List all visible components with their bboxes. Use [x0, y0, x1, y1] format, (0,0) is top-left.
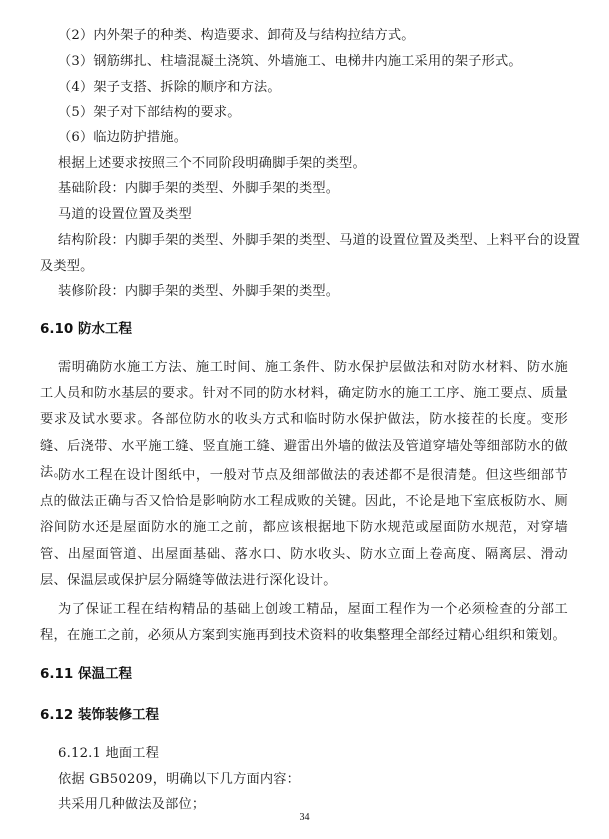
list-item-3: （3）钢筋绑扎、柱墙混凝土浇筑、外墙施工、电梯井内施工采用的架子形式。 — [58, 53, 588, 71]
ramp-line: 马道的设置位置及类型 — [58, 206, 588, 224]
section-heading-6-12: 6.12 装饰装修工程 — [40, 706, 159, 724]
section-heading-6-11: 6.11 保温工程 — [40, 665, 132, 683]
structure-stage-line1: 结构阶段：内脚手架的类型、外脚手架的类型、马道的设置位置及类型、上料平台的设置 — [58, 232, 588, 250]
waterproofing-paragraph-2: 防水工程在设计图纸中，一般对节点及细部做法的表述都不是很清楚。但这些细部节点的做… — [40, 463, 568, 594]
decoration-stage: 装修阶段：内脚手架的类型、外脚手架的类型。 — [58, 283, 588, 301]
waterproofing-paragraph-3: 为了保证工程在结构精品的基础上创竣工精品，屋面工程作为一个必须检查的分部工程，在… — [40, 597, 568, 649]
list-item-4: （4）架子支搭、拆除的顺序和方法。 — [58, 79, 588, 97]
list-item-5: （5）架子对下部结构的要求。 — [58, 104, 588, 122]
list-item-6: （6）临边防护措施。 — [58, 129, 588, 147]
document-page: （2）内外架子的种类、构造要求、卸荷及与结构拉结方式。 （3）钢筋绑扎、柱墙混凝… — [0, 0, 609, 839]
page-number: 34 — [0, 812, 609, 823]
gb50209-line: 依据 GB50209，明确以下几方面内容： — [58, 771, 588, 789]
foundation-stage: 基础阶段：内脚手架的类型、外脚手架的类型。 — [58, 180, 588, 198]
subsection-heading-6-12-1: 6.12.1 地面工程 — [58, 745, 588, 763]
section-heading-6-10: 6.10 防水工程 — [40, 320, 132, 338]
scaffold-intro: 根据上述要求按照三个不同阶段明确脚手架的类型。 — [58, 155, 588, 173]
structure-stage-line2: 及类型。 — [40, 258, 570, 276]
list-item-2: （2）内外架子的种类、构造要求、卸荷及与结构拉结方式。 — [58, 27, 588, 45]
